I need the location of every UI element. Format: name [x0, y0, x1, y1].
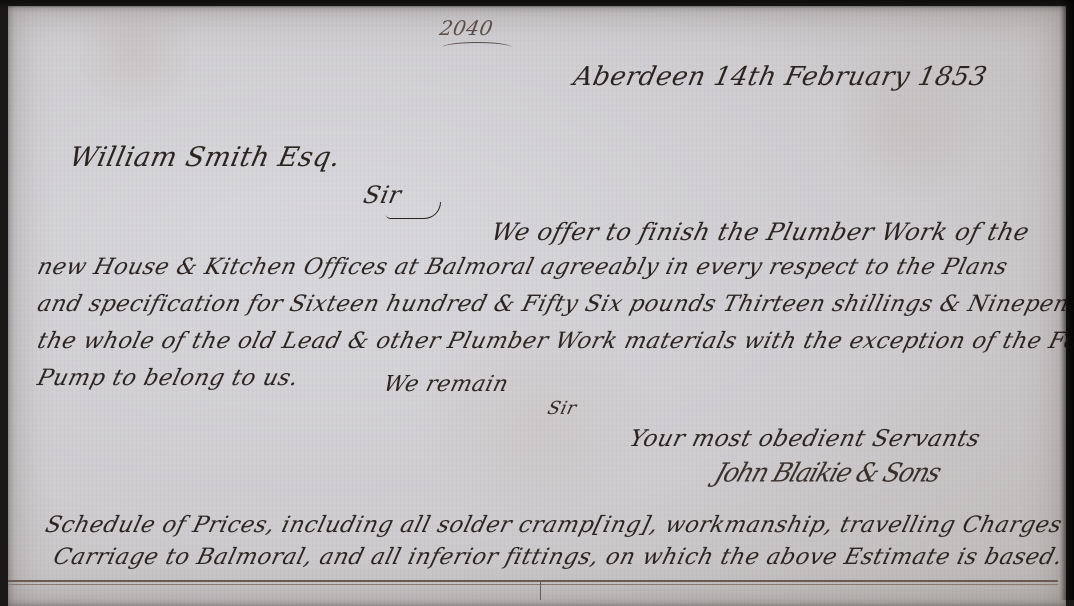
archive-number-underline — [442, 42, 512, 53]
frame-top-edge — [0, 0, 1074, 8]
addressee: William Smith Esq. — [67, 142, 344, 173]
signature: John Blaikie & Sons — [711, 457, 944, 487]
picture-frame: 2040 Aberdeen 14th February 1853 William… — [0, 0, 1074, 600]
body-line-4: the whole of the old Lead & other Plumbe… — [35, 328, 1074, 354]
body-line-2: new House & Kitchen Offices at Balmoral … — [35, 254, 1011, 280]
salutation-flourish — [386, 202, 441, 219]
archive-number: 2040 — [438, 16, 495, 40]
body-line-3: and specification for Sixteen hundred & … — [35, 291, 1074, 317]
frame-right-edge — [1060, 0, 1074, 600]
body-line-1: We offer to finish the Plumber Work of t… — [489, 218, 1033, 246]
closing-we-remain: We remain — [381, 372, 511, 397]
valediction: Your most obedient Servants — [627, 426, 983, 452]
dateline: Aberdeen 14th February 1853 — [571, 62, 990, 92]
body-line-5: Pump to belong to us. — [35, 365, 302, 391]
table-column-divider — [540, 580, 541, 600]
table-top-rule — [8, 580, 1058, 582]
letter-paper: 2040 Aberdeen 14th February 1853 William… — [8, 6, 1066, 600]
closing-sir: Sir — [545, 398, 578, 419]
schedule-heading-line-2: Carriage to Balmoral, and all inferior f… — [51, 544, 1066, 570]
table-top-rule-secondary — [8, 584, 1058, 585]
schedule-heading-line-1: Schedule of Prices, including all solder… — [43, 512, 1065, 538]
